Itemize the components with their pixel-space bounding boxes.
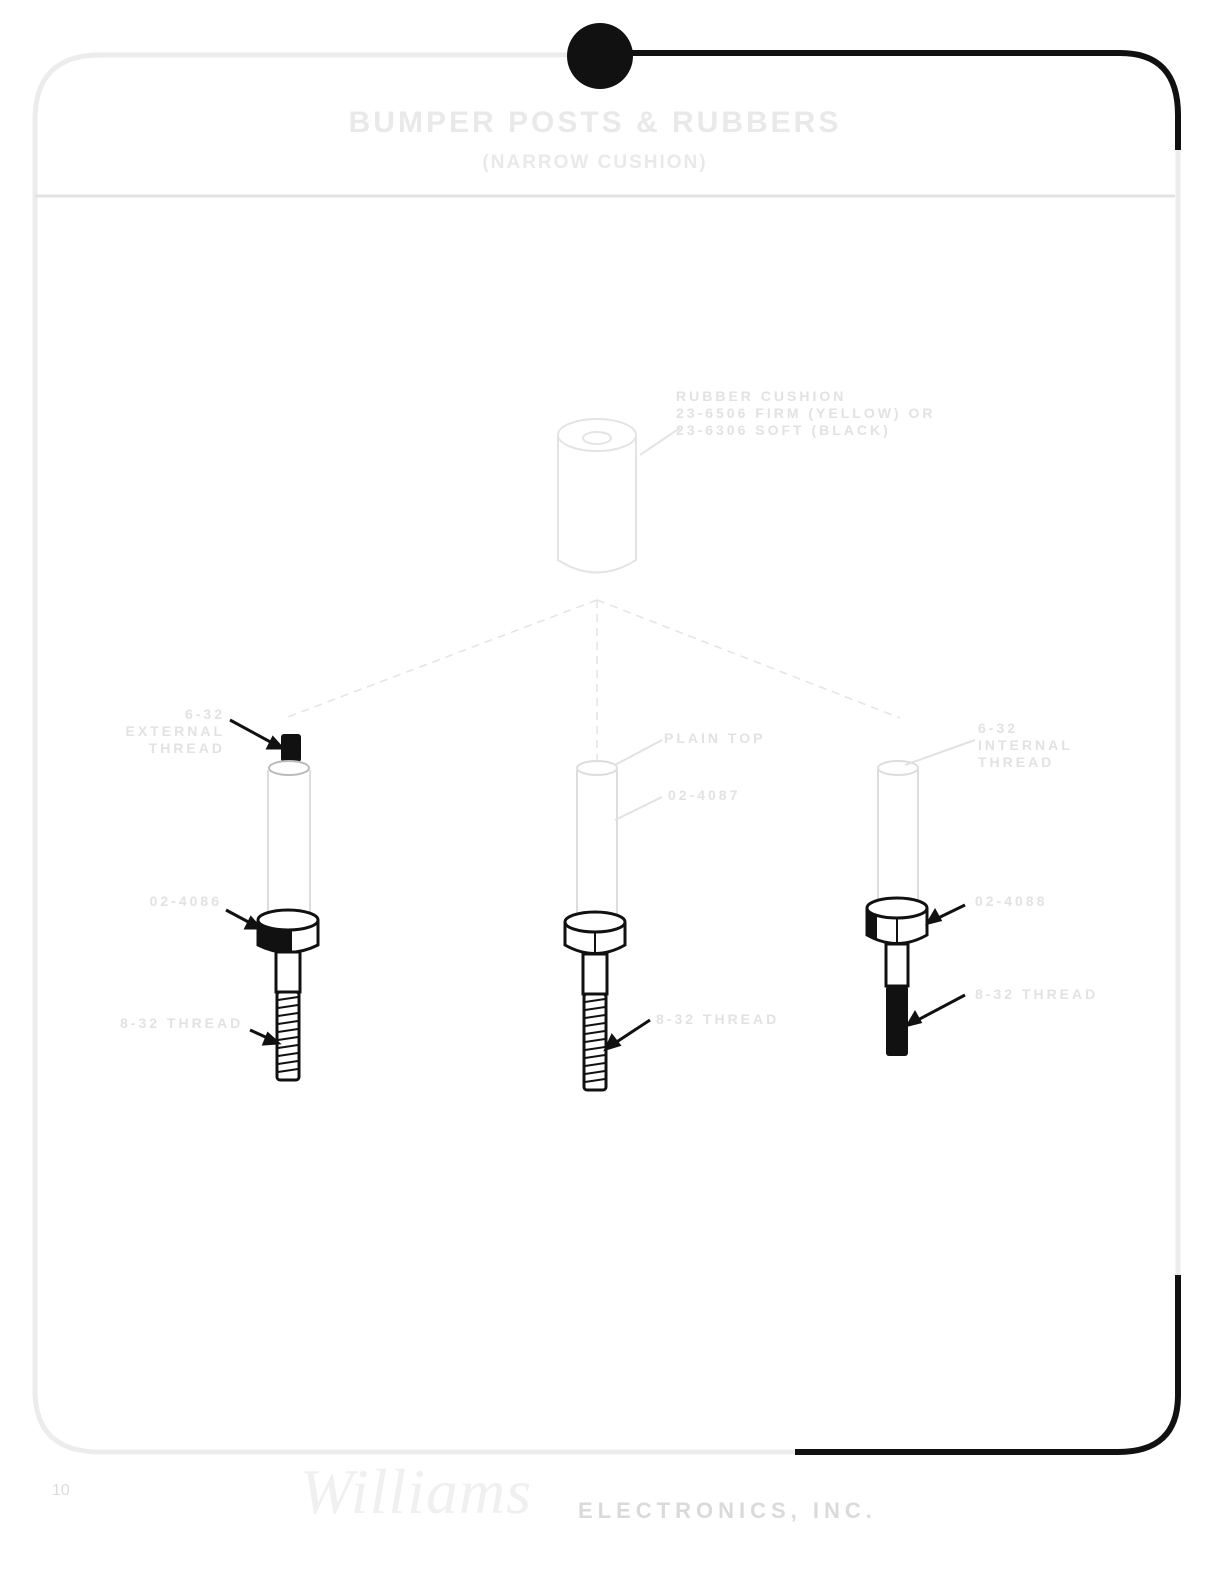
faded-leaders — [615, 740, 975, 820]
left-base-label: 8-32 THREAD — [120, 1015, 243, 1032]
brand-company: ELECTRONICS, INC. — [578, 1498, 877, 1524]
right-top-label: 6-32 INTERNAL THREAD — [978, 720, 1073, 771]
rubber-cushion — [558, 419, 680, 573]
right-post-label: 02-4088 — [975, 893, 1047, 910]
center-post-label: 02-4087 — [668, 787, 740, 804]
right-base-label: 8-32 THREAD — [975, 986, 1098, 1003]
page-subtitle: (NARROW CUSHION) — [0, 152, 1190, 174]
center-top-label: PLAIN TOP — [664, 730, 765, 747]
brand-logo: Williams — [300, 1455, 532, 1529]
left-post-label: 02-4086 — [100, 893, 222, 910]
assembly-lines — [285, 600, 900, 760]
right-post — [867, 761, 927, 1056]
cushion-label-line2: 23-6506 FIRM (YELLOW) OR — [676, 405, 935, 421]
parts-diagram-page: BUMPER POSTS & RUBBERS (NARROW CUSHION) … — [0, 0, 1227, 1586]
left-top-label: 6-32 EXTERNAL THREAD — [110, 706, 225, 757]
cushion-label: RUBBER CUSHION 23-6506 FIRM (YELLOW) OR … — [676, 388, 935, 439]
center-base-label: 8-32 THREAD — [656, 1011, 779, 1028]
cushion-label-line1: RUBBER CUSHION — [676, 388, 846, 404]
cushion-label-line3: 23-6306 SOFT (BLACK) — [676, 422, 891, 438]
diagram-canvas — [0, 0, 1227, 1586]
left-post — [258, 734, 318, 1080]
page-number: 10 — [52, 1482, 70, 1500]
page-title: BUMPER POSTS & RUBBERS — [0, 106, 1190, 140]
section-marker-dot — [567, 23, 633, 89]
